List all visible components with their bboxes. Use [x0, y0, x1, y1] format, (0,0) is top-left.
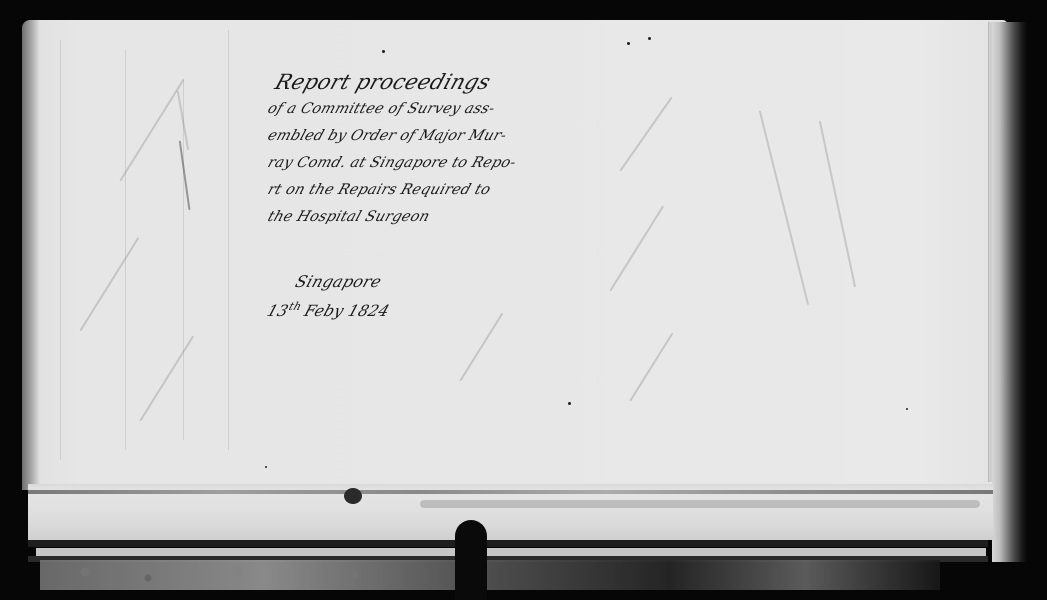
right-binding-edge	[992, 22, 1028, 562]
date-ordinal: th	[287, 300, 303, 313]
stacked-page-edge	[28, 540, 988, 547]
manuscript-page	[22, 20, 1007, 490]
ink-speck	[627, 42, 630, 45]
ink-blot	[344, 488, 362, 504]
faint-rule	[60, 40, 61, 460]
damaged-page-bottom	[40, 560, 940, 590]
faint-rule	[125, 50, 126, 450]
ink-speck	[265, 466, 267, 468]
ink-speck	[382, 50, 385, 53]
docket-date: 13th Feby 1824	[265, 300, 393, 320]
page-left-shadow	[22, 20, 40, 490]
binding-clip	[455, 520, 487, 600]
docket-text-block: Report proceedings of a Committee of Sur…	[268, 70, 508, 231]
docket-line: embled by Order of Major Mur-	[264, 123, 513, 150]
docket-place: Singapore	[293, 272, 384, 291]
date-rest: Feby 1824	[302, 302, 392, 320]
faint-rule	[183, 80, 184, 440]
docket-line: the Hospital Surgeon	[264, 204, 513, 231]
torn-edge-line	[28, 490, 993, 494]
ink-speck	[906, 408, 908, 410]
faint-rule	[228, 30, 229, 450]
docket-line: of a Committee of Survey ass-	[264, 96, 513, 123]
ink-speck	[648, 37, 651, 40]
ink-speck	[568, 402, 571, 405]
stain-band	[420, 500, 980, 508]
docket-title: Report proceedings	[272, 70, 512, 94]
docket-line: ray Comd. at Singapore to Repo-	[264, 150, 513, 177]
docket-line: rt on the Repairs Required to	[264, 177, 513, 204]
